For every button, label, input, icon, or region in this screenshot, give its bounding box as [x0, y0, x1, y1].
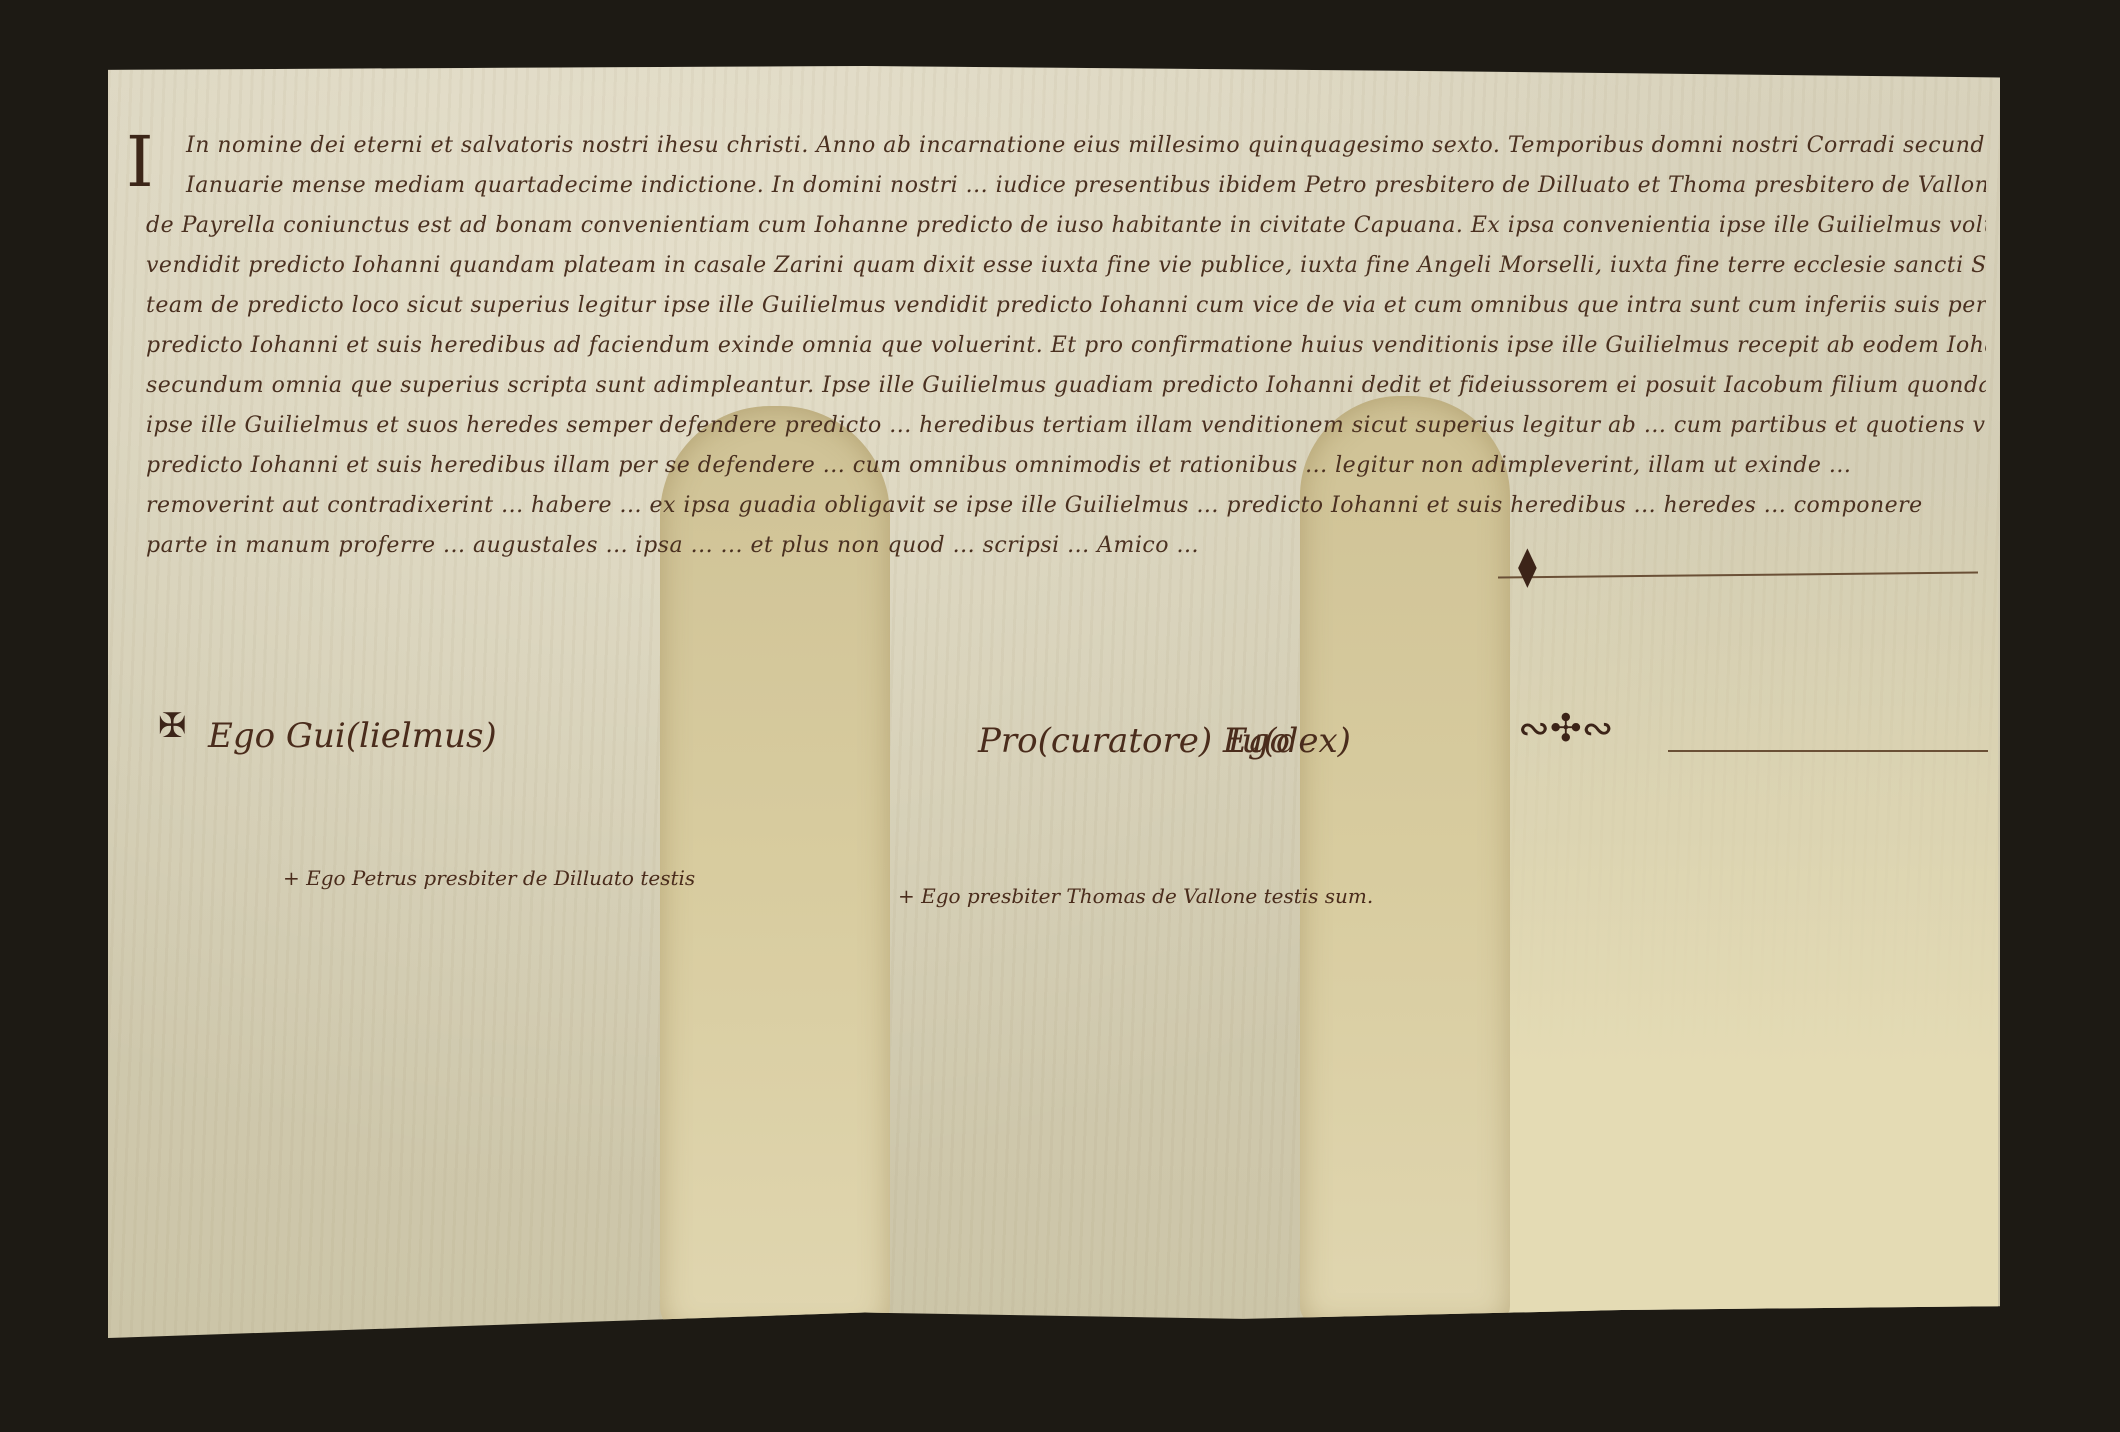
charter-text: In nomine dei eterni et salvatoris nostr… [146, 126, 1986, 566]
text-line: Ianuarie mense mediam quartadecime indic… [146, 166, 1986, 206]
text-line: ipse ille Guilielmus et suos heredes sem… [146, 406, 1986, 446]
text-line: team de predicto loco sicut superius leg… [146, 286, 1986, 326]
ornamental-signum-icon: ∾✣∾ [1518, 706, 1614, 750]
text-line: In nomine dei eterni et salvatoris nostr… [146, 126, 1986, 166]
text-line: de Payrella coniunctus est ad bonam conv… [146, 206, 1986, 246]
witness-subscription: + Ego Petrus presbiter de Dilluato testi… [283, 866, 695, 890]
signature: Ego Gui(lielmus) [208, 716, 497, 756]
text-line: removerint aut contradixerint ... habere… [146, 486, 1986, 526]
notary-signum-icon: ⧫ [1518, 544, 1537, 588]
witness-subscription: + Ego presbiter Thomas de Vallone testis… [898, 884, 1373, 908]
text-line: parte in manum proferre ... augustales .… [146, 526, 1986, 566]
signum-cross-icon: ✠ [158, 706, 187, 746]
text-line: predicto Iohanni et suis heredibus illam… [146, 446, 1986, 486]
signum-rule-line [1668, 750, 1988, 752]
text-line: vendidit predicto Iohanni quandam platea… [146, 246, 1986, 286]
parchment-charter: I In nomine dei eterni et salvatoris nos… [108, 66, 2000, 1338]
text-line: secundum omnia que superius scripta sunt… [146, 366, 1986, 406]
stain-band [1508, 466, 1998, 1326]
text-line: predicto Iohanni et suis heredibus ad fa… [146, 326, 1986, 366]
signature: Iu(dex) [1228, 721, 1351, 761]
